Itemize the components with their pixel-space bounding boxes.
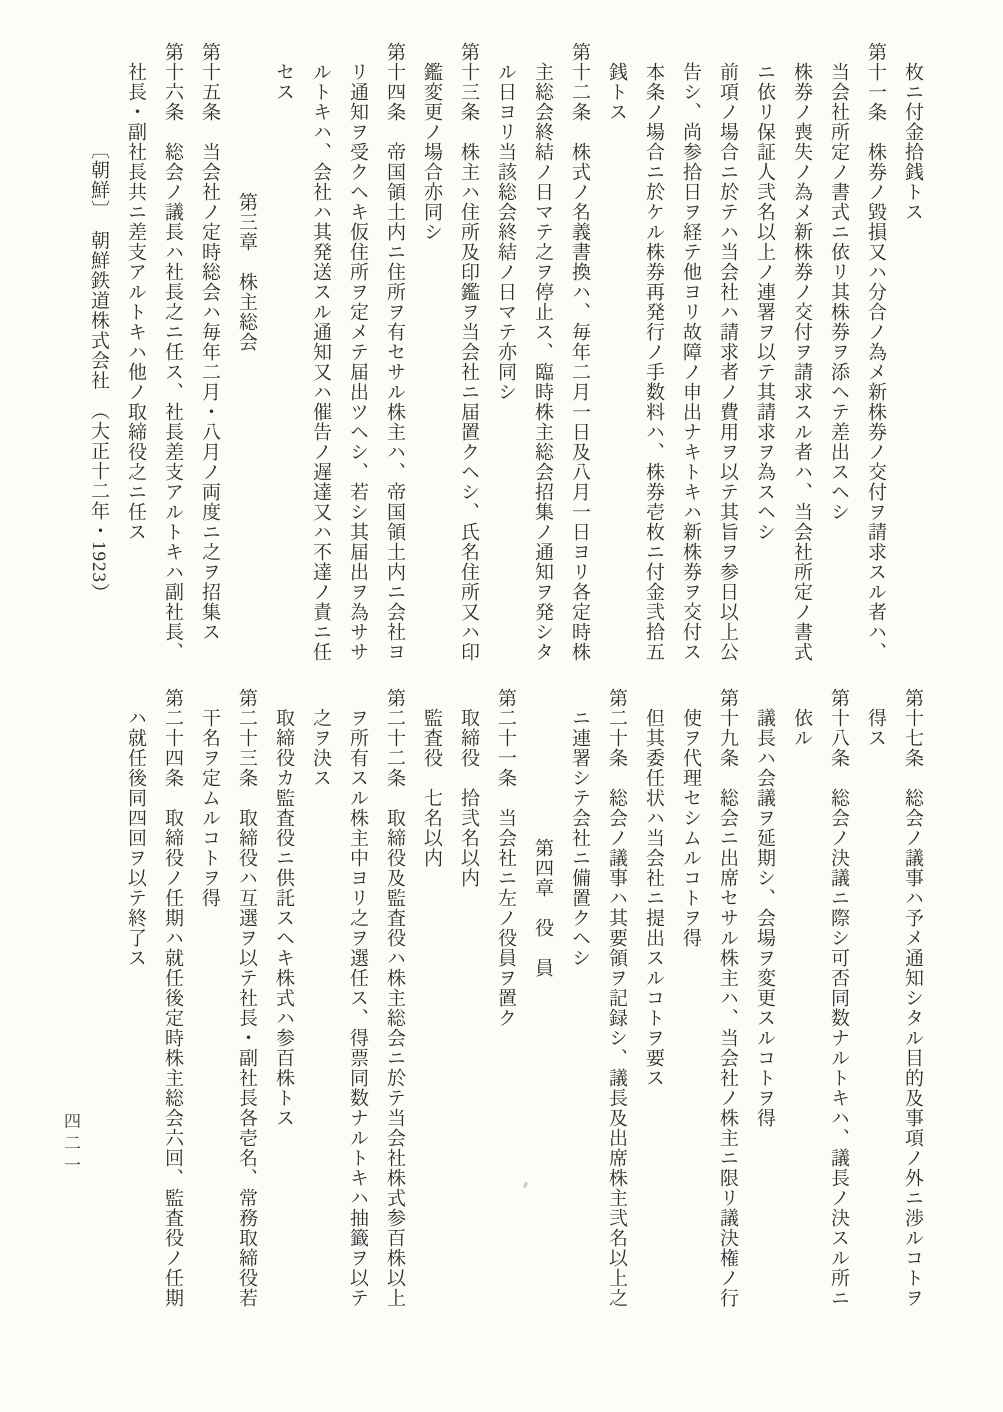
article-10-continuation-line: 枚ニ付金拾銭トス xyxy=(894,42,931,674)
article-15-heading-line: 第十五条 当会社ノ定時総会ハ毎年二月・八月ノ両度ニ之ヲ招集ス xyxy=(191,42,228,674)
article-11-line: 株券ノ喪失ノ為メ新株券ノ交付ヲ請求スル者ハ、当会社所定ノ書式 xyxy=(783,42,820,674)
chapter-4-heading: 第四章 役 員 xyxy=(524,688,561,1320)
bottom-text-block: 第十七条 総会ノ議事ハ予メ通知シタル目的及事項ノ外ニ渉ルコトヲ 得ス 第十八条 … xyxy=(117,688,931,1320)
article-21-item-directors: 取締役 拾弐名以内 xyxy=(450,688,487,1320)
article-22-line: 之ヲ決ス xyxy=(302,688,339,1320)
article-14-line: リ通知ヲ受クヘキ仮住所ヲ定メテ届出ツヘシ、若シ其届出ヲ為ササ xyxy=(339,42,376,674)
article-11-line: ニ依リ保証人弐名以上ノ連署ヲ以テ其請求ヲ為スヘシ xyxy=(746,42,783,674)
article-19-line: 使ヲ代理セシムルコトヲ得 xyxy=(672,688,709,1320)
article-23-heading-line: 第二十三条 取締役ハ互選ヲ以テ社長・副社長各壱名、常務取締役若 xyxy=(228,688,265,1320)
article-11-line: 本条ノ場合ニ於ケル株券再発行ノ手数料ハ、株券壱枚ニ付金弐拾五 xyxy=(635,42,672,674)
chapter-3-heading: 第三章 株主総会 xyxy=(228,42,265,674)
top-text-block: 枚ニ付金拾銭トス 第十一条 株券ノ毀損又ハ分合ノ為メ新株券ノ交付ヲ請求スル者ハ、… xyxy=(80,42,931,674)
source-citation: 〔朝鮮〕 朝鮮鉄道株式会社 （大正十二年・1923） xyxy=(80,42,117,674)
article-18-heading-line: 第十八条 総会ノ決議ニ際シ可否同数ナルトキハ、議長ノ決スル所ニ xyxy=(820,688,857,1320)
article-22-line: ヲ所有スル株主中ヨリ之ヲ選任ス、得票同数ナルトキハ抽籤ヲ以テ xyxy=(339,688,376,1320)
article-18-line: 議長ハ会議ヲ延期シ、会場ヲ変更スルコトヲ得 xyxy=(746,688,783,1320)
article-24-heading-line: 第二十四条 取締役ノ任期ハ就任後定時株主総会六回、監査役ノ任期 xyxy=(154,688,191,1320)
article-12-line: 主総会終結ノ日マテ之ヲ停止ス、臨時株主総会招集ノ通知ヲ発シタ xyxy=(524,42,561,674)
article-16-line: 社長・副社長共ニ差支アルトキハ他ノ取締役之ニ任ス xyxy=(117,42,154,674)
article-22-heading-line: 第二十二条 取締役及監査役ハ株主総会ニ於テ当会社株式参百株以上 xyxy=(376,688,413,1320)
article-11-heading-line: 第十一条 株券ノ毀損又ハ分合ノ為メ新株券ノ交付ヲ請求スル者ハ、 xyxy=(857,42,894,674)
article-14-line: ルトキハ、会社ハ其発送スル通知又ハ催告ノ遅達又ハ不達ノ責ニ任 xyxy=(302,42,339,674)
article-14-line: セス xyxy=(265,42,302,674)
article-11-line: 告シ、尚参拾日ヲ経テ他ヨリ故障ノ申出ナキトキハ新株券ヲ交付ス xyxy=(672,42,709,674)
article-11-line: 銭トス xyxy=(598,42,635,674)
article-21-item-auditors: 監査役 七名以内 xyxy=(413,688,450,1320)
article-13-line: 鑑変更ノ場合亦同シ xyxy=(413,42,450,674)
article-24-line: ハ就任後同四回ヲ以テ終了ス xyxy=(117,688,154,1320)
article-21-heading-line: 第二十一条 当会社ニ左ノ役員ヲ置ク xyxy=(487,688,524,1320)
document-page: 枚ニ付金拾銭トス 第十一条 株券ノ毀損又ハ分合ノ為メ新株券ノ交付ヲ請求スル者ハ、… xyxy=(0,0,1003,1412)
article-20-line: ニ連署シテ会社ニ備置クヘシ xyxy=(561,688,598,1320)
article-12-heading-line: 第十二条 株式ノ名義書換ハ、毎年二月一日及八月一日ヨリ各定時株 xyxy=(561,42,598,674)
article-19-heading-line: 第十九条 総会ニ出席セサル株主ハ、当会社ノ株主ニ限リ議決権ノ行 xyxy=(709,688,746,1320)
article-19-line: 但其委任状ハ当会社ニ提出スルコトヲ要ス xyxy=(635,688,672,1320)
article-16-heading-line: 第十六条 総会ノ議長ハ社長之ニ任ス、社長差支アルトキハ副社長、 xyxy=(154,42,191,674)
article-13-heading-line: 第十三条 株主ハ住所及印鑑ヲ当会社ニ届置クヘシ、氏名住所又ハ印 xyxy=(450,42,487,674)
article-17-heading-line: 第十七条 総会ノ議事ハ予メ通知シタル目的及事項ノ外ニ渉ルコトヲ xyxy=(894,688,931,1320)
article-23-line: 干名ヲ定ムルコトヲ得 xyxy=(191,688,228,1320)
article-18-line: 依ル xyxy=(783,688,820,1320)
article-22-line: 取締役カ監査役ニ供託スヘキ株式ハ参百株トス xyxy=(265,688,302,1320)
article-11-line: 当会社所定ノ書式ニ依リ其株券ヲ添ヘテ差出スヘシ xyxy=(820,42,857,674)
article-20-heading-line: 第二十条 総会ノ議事ハ其要領ヲ記録シ、議長及出席株主弐名以上之 xyxy=(598,688,635,1320)
page-number: 四二一 xyxy=(58,1112,83,1178)
article-17-line: 得ス xyxy=(857,688,894,1320)
article-11-line: 前項ノ場合ニ於テハ当会社ハ請求者ノ費用ヲ以テ其旨ヲ参日以上公 xyxy=(709,42,746,674)
article-12-line: ル日ヨリ当該総会終結ノ日マテ亦同シ xyxy=(487,42,524,674)
article-14-heading-line: 第十四条 帝国領土内ニ住所ヲ有セサル株主ハ、帝国領土内ニ会社ヨ xyxy=(376,42,413,674)
